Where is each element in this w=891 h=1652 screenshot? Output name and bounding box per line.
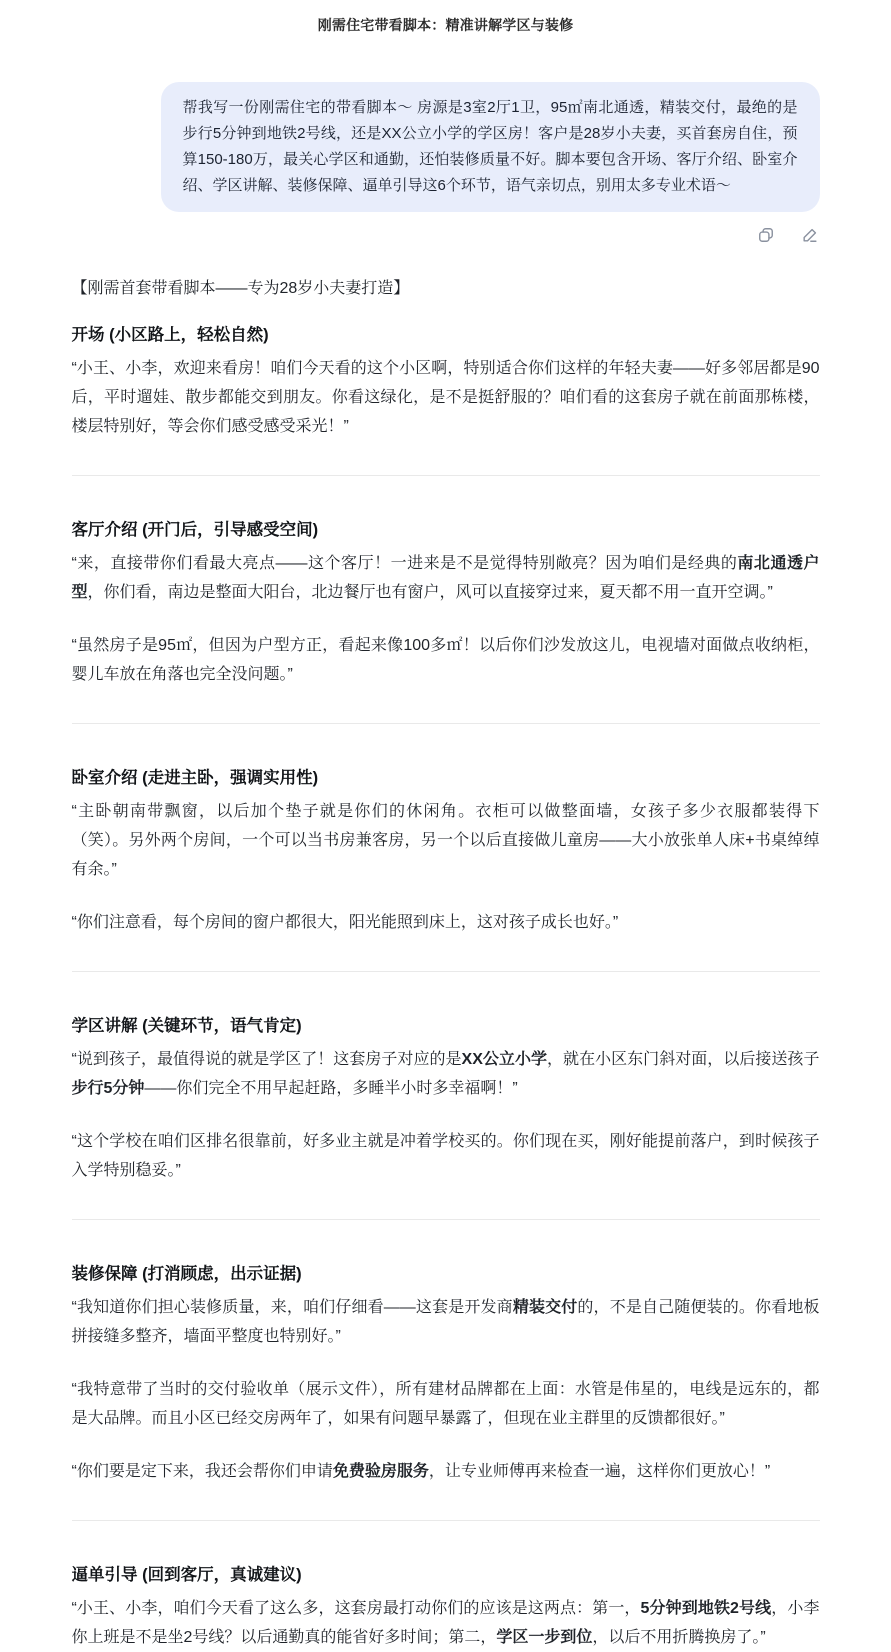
section-paragraph: “这个学校在咱们区排名很靠前，好多业主就是冲着学校买的。你们现在买，刚好能提前落…	[72, 1127, 820, 1185]
plain-text: “主卧朝南带飘窗，以后加个垫子就是你们的休闲角。衣柜可以做整面墙，女孩子多少衣服…	[72, 803, 820, 878]
section-paragraph: “我知道你们担心装修质量，来，咱们仔细看——这套是开发商精装交付的，不是自己随便…	[72, 1293, 820, 1351]
section-paragraph: “虽然房子是95㎡，但因为户型方正，看起来像100多㎡！以后你们沙发放这儿，电视…	[72, 631, 820, 689]
plain-text: “你们注意看，每个房间的窗户都很大，阳光能照到床上，这对孩子成长也好。”	[72, 914, 619, 931]
response-intro: 【刚需首套带看脚本——专为28岁小夫妻打造】	[72, 277, 820, 301]
message-actions	[72, 225, 820, 247]
script-section: 卧室介绍 (走进主卧，强调实用性)“主卧朝南带飘窗，以后加个垫子就是你们的休闲角…	[72, 766, 820, 937]
bold-text: 学区一步到位	[496, 1629, 592, 1646]
section-divider	[72, 1219, 820, 1220]
response-sections: 开场 (小区路上，轻松自然)“小王、小李，欢迎来看房！咱们今天看的这个小区啊，特…	[72, 323, 820, 1652]
section-heading: 卧室介绍 (走进主卧，强调实用性)	[72, 766, 820, 790]
section-paragraph: “说到孩子，最值得说的就是学区了！这套房子对应的是XX公立小学，就在小区东门斜对…	[72, 1045, 820, 1103]
section-paragraph: “主卧朝南带飘窗，以后加个垫子就是你们的休闲角。衣柜可以做整面墙，女孩子多少衣服…	[72, 797, 820, 884]
plain-text: “这个学校在咱们区排名很靠前，好多业主就是冲着学校买的。你们现在买，刚好能提前落…	[72, 1133, 820, 1179]
plain-text: ，让专业师傅再来检查一遍，这样你们更放心！”	[429, 1463, 770, 1480]
section-paragraph: “小王、小李，咱们今天看了这么多，这套房最打动你们的应该是这两点：第一，5分钟到…	[72, 1594, 820, 1652]
plain-text: ，以后不用折腾换房了。”	[592, 1629, 765, 1646]
section-paragraph: “你们注意看，每个房间的窗户都很大，阳光能照到床上，这对孩子成长也好。”	[72, 908, 820, 937]
section-paragraph: “来，直接带你们看最大亮点——这个客厅！一进来是不是觉得特别敞亮？因为咱们是经典…	[72, 549, 820, 607]
section-heading: 客厅介绍 (开门后，引导感受空间)	[72, 518, 820, 542]
plain-text: “我特意带了当时的交付验收单（展示文件），所有建材品牌都在上面：水管是伟星的，电…	[72, 1381, 820, 1427]
user-message-row: 帮我写一份刚需住宅的带看脚本～ 房源是3室2厅1卫，95㎡南北通透，精装交付，最…	[72, 82, 820, 212]
conversation-column: 帮我写一份刚需住宅的带看脚本～ 房源是3室2厅1卫，95㎡南北通透，精装交付，最…	[72, 82, 820, 1652]
plain-text: “说到孩子，最值得说的就是学区了！这套房子对应的是	[72, 1051, 462, 1068]
assistant-response: 【刚需首套带看脚本——专为28岁小夫妻打造】 开场 (小区路上，轻松自然)“小王…	[72, 277, 820, 1652]
bold-text: 步行5分钟	[72, 1080, 145, 1097]
section-divider	[72, 475, 820, 476]
section-paragraph: “你们要是定下来，我还会帮你们申请免费验房服务，让专业师傅再来检查一遍，这样你们…	[72, 1457, 820, 1486]
bold-text: 精装交付	[513, 1299, 578, 1316]
section-divider	[72, 1520, 820, 1521]
plain-text: “小王、小李，咱们今天看了这么多，这套房最打动你们的应该是这两点：第一，	[72, 1600, 641, 1617]
user-message-bubble: 帮我写一份刚需住宅的带看脚本～ 房源是3室2厅1卫，95㎡南北通透，精装交付，最…	[161, 82, 820, 212]
script-section: 逼单引导 (回到客厅，真诚建议)“小王、小李，咱们今天看了这么多，这套房最打动你…	[72, 1563, 820, 1652]
page-title: 刚需住宅带看脚本：精准讲解学区与装修	[0, 0, 891, 35]
plain-text: “小王、小李，欢迎来看房！咱们今天看的这个小区啊，特别适合你们这样的年轻夫妻——…	[72, 360, 820, 435]
plain-text: ，就在小区东门斜对面，以后接送孩子	[547, 1051, 819, 1068]
copy-icon	[756, 225, 776, 245]
section-divider	[72, 971, 820, 972]
section-paragraph: “我特意带了当时的交付验收单（展示文件），所有建材品牌都在上面：水管是伟星的，电…	[72, 1375, 820, 1433]
section-heading: 开场 (小区路上，轻松自然)	[72, 323, 820, 347]
section-paragraph: “小王、小李，欢迎来看房！咱们今天看的这个小区啊，特别适合你们这样的年轻夫妻——…	[72, 354, 820, 441]
plain-text: “虽然房子是95㎡，但因为户型方正，看起来像100多㎡！以后你们沙发放这儿，电视…	[72, 637, 820, 683]
bold-text: XX公立小学	[462, 1051, 547, 1068]
script-section: 客厅介绍 (开门后，引导感受空间)“来，直接带你们看最大亮点——这个客厅！一进来…	[72, 518, 820, 689]
script-section: 装修保障 (打消顾虑，出示证据)“我知道你们担心装修质量，来，咱们仔细看——这套…	[72, 1262, 820, 1486]
chat-page: 刚需住宅带看脚本：精准讲解学区与装修 帮我写一份刚需住宅的带看脚本～ 房源是3室…	[0, 0, 891, 1652]
bold-text: 5分钟到地铁2号线	[641, 1600, 772, 1617]
edit-button[interactable]	[800, 225, 820, 245]
edit-pencil-icon	[800, 225, 820, 245]
section-heading: 学区讲解 (关键环节，语气肯定)	[72, 1014, 820, 1038]
script-section: 学区讲解 (关键环节，语气肯定)“说到孩子，最值得说的就是学区了！这套房子对应的…	[72, 1014, 820, 1185]
copy-button[interactable]	[756, 225, 776, 245]
section-heading: 逼单引导 (回到客厅，真诚建议)	[72, 1563, 820, 1587]
plain-text: “我知道你们担心装修质量，来，咱们仔细看——这套是开发商	[72, 1299, 513, 1316]
section-heading: 装修保障 (打消顾虑，出示证据)	[72, 1262, 820, 1286]
plain-text: “来，直接带你们看最大亮点——这个客厅！一进来是不是觉得特别敞亮？因为咱们是经典…	[72, 555, 738, 572]
plain-text: “你们要是定下来，我还会帮你们申请	[72, 1463, 333, 1480]
plain-text: ，你们看，南边是整面大阳台，北边餐厅也有窗户，风可以直接穿过来，夏天都不用一直开…	[88, 584, 773, 601]
section-divider	[72, 723, 820, 724]
bold-text: 免费验房服务	[333, 1463, 429, 1480]
script-section: 开场 (小区路上，轻松自然)“小王、小李，欢迎来看房！咱们今天看的这个小区啊，特…	[72, 323, 820, 441]
plain-text: ——你们完全不用早起赶路，多睡半小时多幸福啊！”	[144, 1080, 517, 1097]
